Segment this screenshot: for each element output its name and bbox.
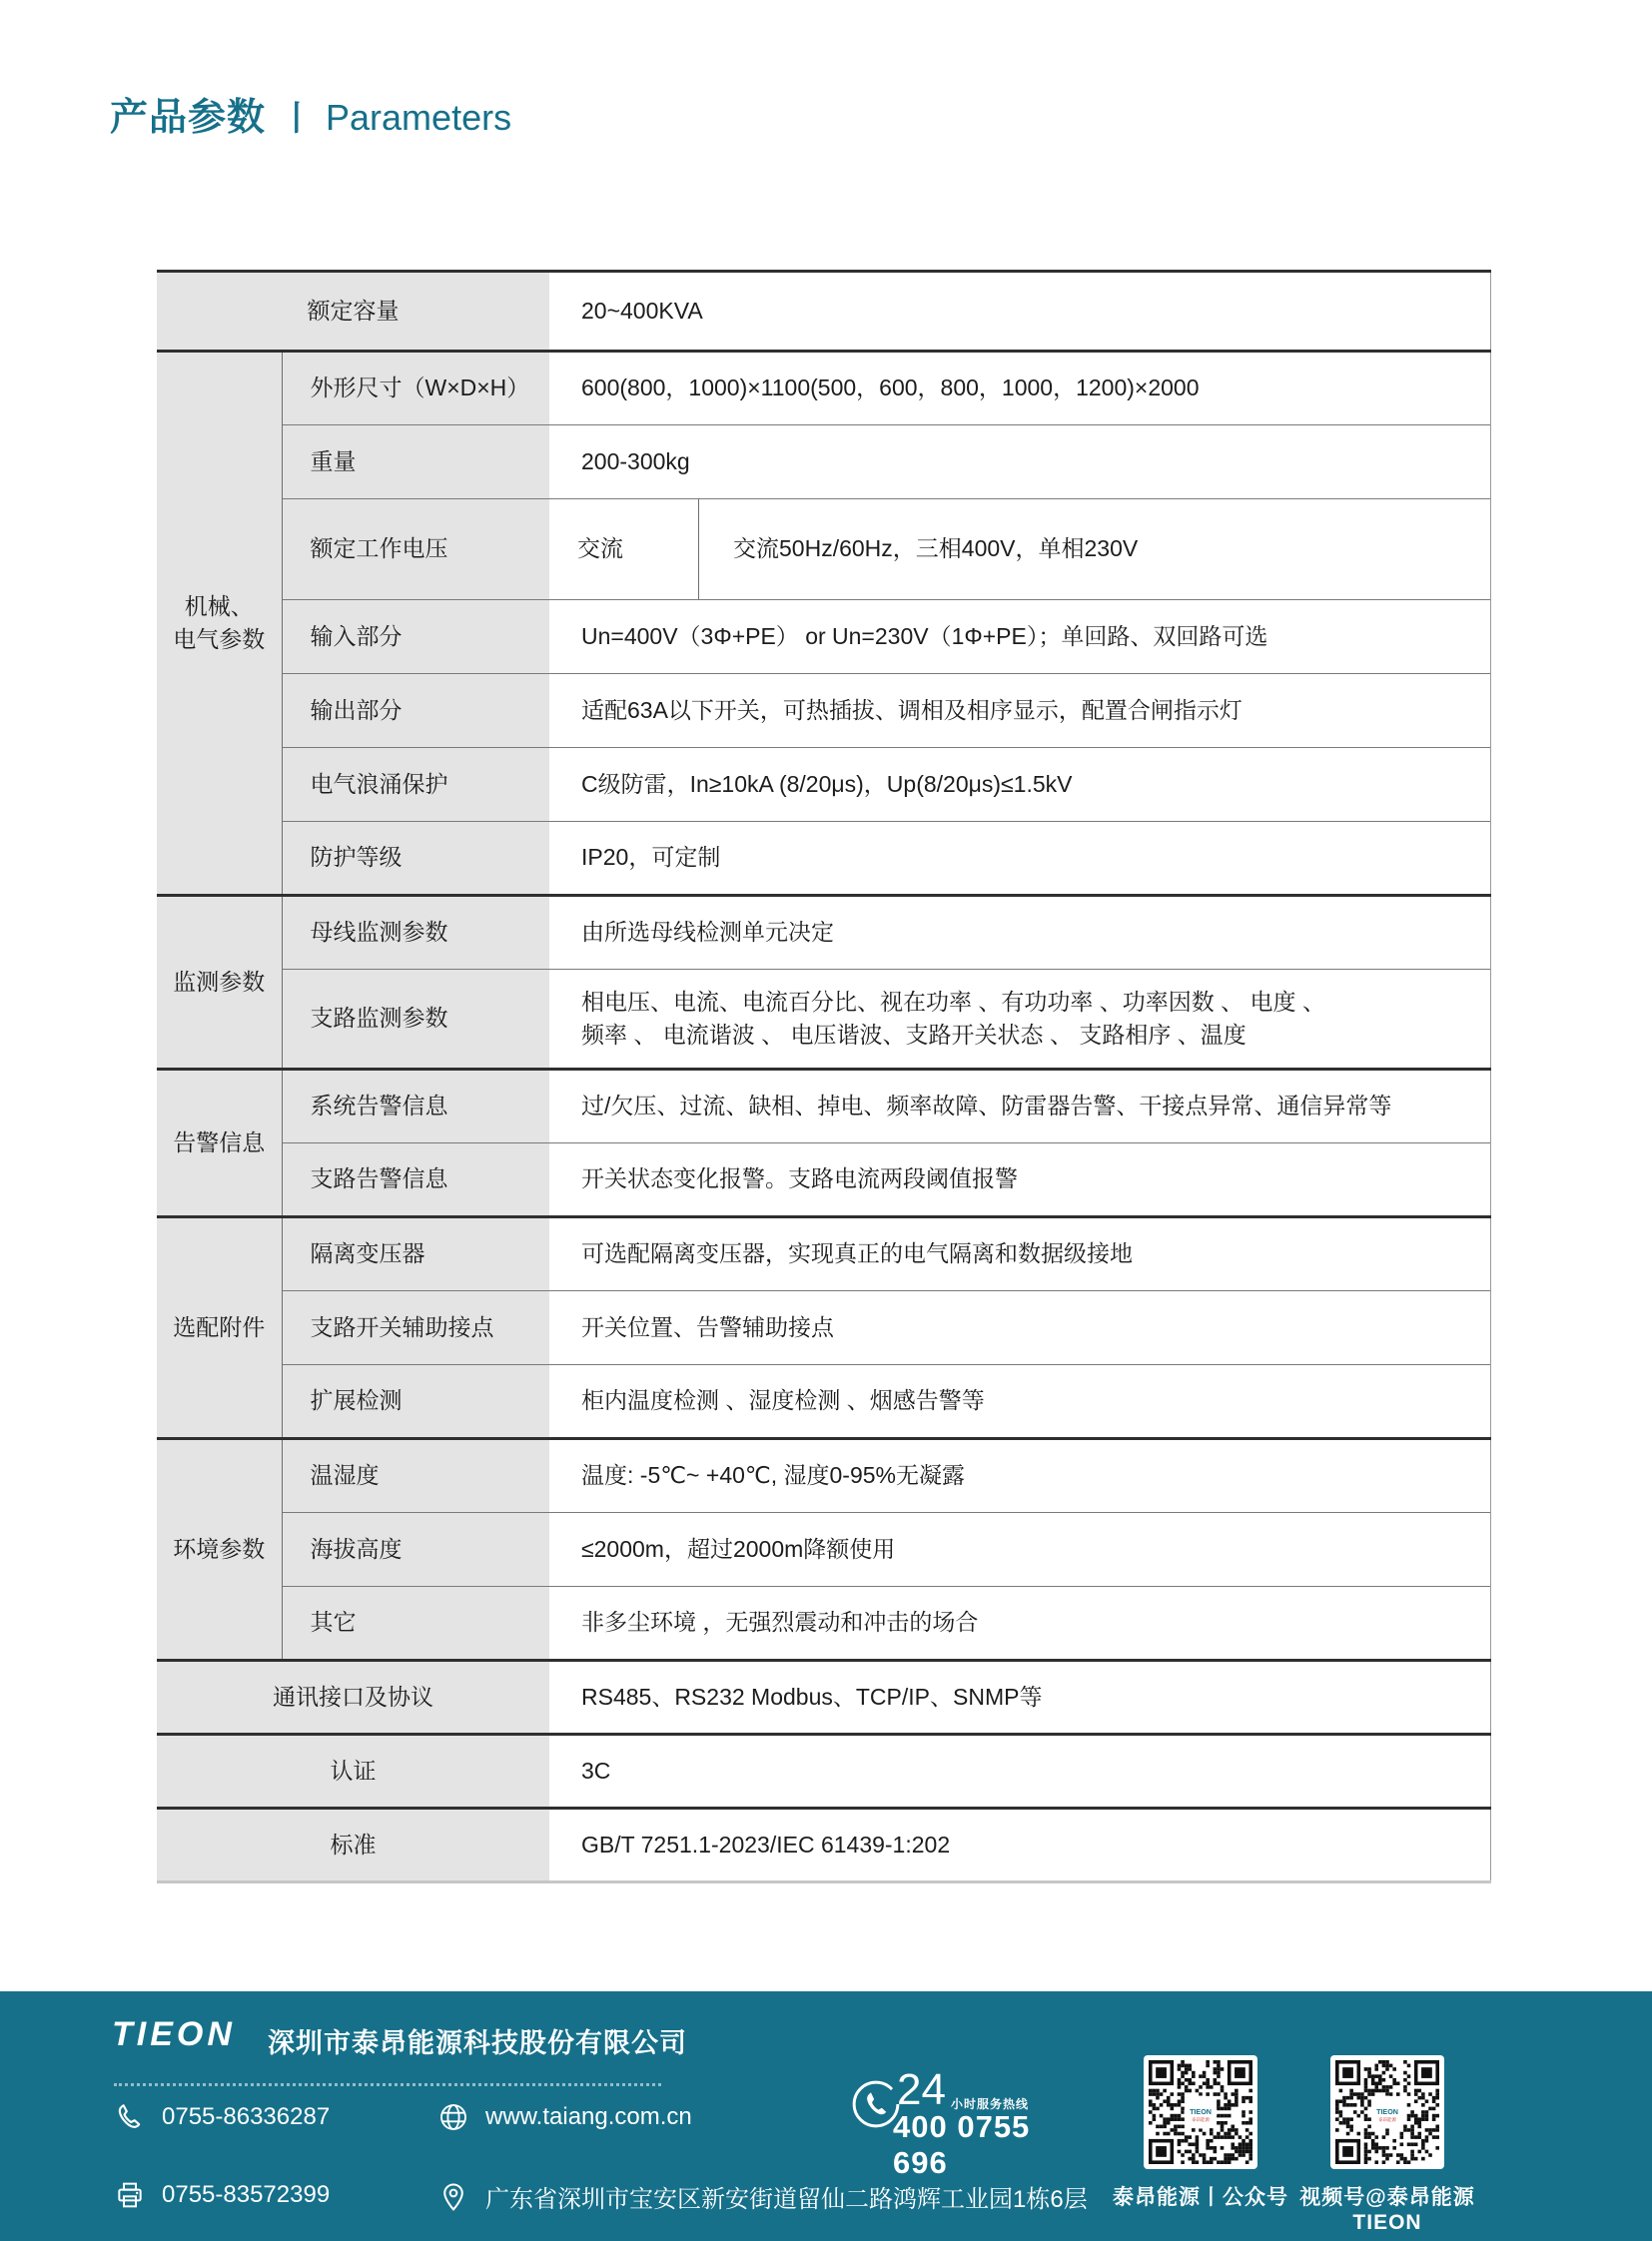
table-row: 额定容量 20~400KVA [157,272,1490,352]
value-cell: 20~400KVA [549,272,1490,352]
param-cell: 外形尺寸（W×D×H） [282,352,549,425]
param-cell: 防护等级 [282,822,549,896]
value-cell: 交流 交流50Hz/60Hz，三相400V，单相230V [549,499,1490,600]
hotline-number: 400 0755 696 [893,2109,1081,2181]
table-row: 环境参数 温湿度 温度: -5℃~ +40℃, 湿度0-95%无凝露 [157,1439,1490,1513]
table-row: 标准 GB/T 7251.1-2023/IEC 61439-1:202 [157,1809,1490,1882]
category-cell: 机械、 电气参数 [157,352,282,896]
globe-icon [437,2101,469,2133]
category-cell: 环境参数 [157,1439,282,1661]
sub-cell-value: 交流50Hz/60Hz，三相400V，单相230V [699,499,1490,599]
param-cell: 隔离变压器 [282,1217,549,1291]
value-cell: IP20，可定制 [549,822,1490,896]
param-cell: 通讯接口及协议 [157,1661,549,1735]
company-name: 深圳市泰昂能源科技股份有限公司 [268,2021,687,2060]
svg-text:TIEON: TIEON [1376,2108,1398,2116]
qr-caption-video: 视频号@泰昂能源TIEON [1266,2181,1508,2235]
fax-icon [114,2179,146,2211]
param-cell: 支路告警信息 [282,1143,549,1217]
qr-code: TIEON泰昂能源 [1149,2060,1252,2164]
table-row: 防护等级 IP20，可定制 [157,822,1490,896]
param-cell: 支路开关辅助接点 [282,1291,549,1365]
page-title: 产品参数 丨 Parameters [110,86,511,141]
category-cell: 选配附件 [157,1217,282,1439]
hotline-24h: 24 小时服务热线 400 0755 696 [851,2071,1081,2157]
address-contact: 广东省深圳市宝安区新安街道留仙二路鸿辉工业园1栋6层 [437,2179,1088,2214]
value-cell: 3C [549,1735,1490,1809]
param-cell: 扩展检测 [282,1365,549,1439]
dotted-divider [114,2083,661,2086]
param-cell: 电气浪涌保护 [282,748,549,822]
value-cell: Un=400V（3Φ+PE） or Un=230V（1Φ+PE）；单回路、双回路… [549,600,1490,674]
value-cell: RS485、RS232 Modbus、TCP/IP、SNMP等 [549,1661,1490,1735]
param-cell: 额定容量 [157,272,549,352]
table-row: 输出部分 适配63A以下开关，可热插拔、调相及相序显示，配置合闸指示灯 [157,674,1490,748]
svg-text:泰昂能源: 泰昂能源 [1378,2116,1396,2123]
value-cell: 柜内温度检测 、湿度检测 、烟感告警等 [549,1365,1490,1439]
category-cell: 告警信息 [157,1070,282,1217]
table-row: 其它 非多尘环境 ，无强烈震动和冲击的场合 [157,1587,1490,1661]
value-cell: 由所选母线检测单元决定 [549,896,1490,970]
param-cell: 温湿度 [282,1439,549,1513]
qr-code-video: TIEON泰昂能源 [1330,2055,1444,2169]
svg-text:TIEON: TIEON [1190,2108,1212,2116]
param-cell: 重量 [282,425,549,499]
qr-code-wechat: TIEON泰昂能源 [1144,2055,1257,2169]
value-cell: 适配63A以下开关，可热插拔、调相及相序显示，配置合闸指示灯 [549,674,1490,748]
param-cell: 输入部分 [282,600,549,674]
table-row: 机械、 电气参数 外形尺寸（W×D×H） 600(800，1000)×1100(… [157,352,1490,425]
address-text: 广东省深圳市宝安区新安街道留仙二路鸿辉工业园1栋6层 [485,2179,1088,2214]
param-cell: 认证 [157,1735,549,1809]
param-cell: 母线监测参数 [282,896,549,970]
param-cell: 其它 [282,1587,549,1661]
table-row: 通讯接口及协议 RS485、RS232 Modbus、TCP/IP、SNMP等 [157,1661,1490,1735]
value-cell: 600(800，1000)×1100(500，600，800，1000，1200… [549,352,1490,425]
value-cell: GB/T 7251.1-2023/IEC 61439-1:202 [549,1809,1490,1882]
table-row: 电气浪涌保护 C级防雷，In≥10kA (8/20μs)，Up(8/20μs)≤… [157,748,1490,822]
value-cell: 相电压、电流、电流百分比、视在功率 、有功功率 、功率因数 、 电度 、 频率 … [549,970,1490,1070]
table-row: 选配附件 隔离变压器 可选配隔离变压器，实现真正的电气隔离和数据级接地 [157,1217,1490,1291]
parameters-table: 额定容量 20~400KVA 机械、 电气参数 外形尺寸（W×D×H） 600(… [157,270,1491,1883]
page-title-zh: 产品参数 [110,86,266,141]
param-cell: 标准 [157,1809,549,1882]
hotline-hours: 24 [897,2065,946,2115]
sub-cell-ac: 交流 [549,499,699,599]
value-cell: 开关状态变化报警。支路电流两段阈值报警 [549,1143,1490,1217]
fax-number: 0755-83572399 [162,2181,330,2209]
table-row: 支路告警信息 开关状态变化报警。支路电流两段阈值报警 [157,1143,1490,1217]
phone-number: 0755-86336287 [162,2103,330,2131]
table-row: 告警信息 系统告警信息 过/欠压、过流、缺相、掉电、频率故障、防雷器告警、干接点… [157,1070,1490,1143]
table-row: 认证 3C [157,1735,1490,1809]
table-row: 监测参数 母线监测参数 由所选母线检测单元决定 [157,896,1490,970]
company-logo: TIEON [112,2015,236,2054]
qr-code: TIEON泰昂能源 [1335,2060,1439,2164]
website-url: www.taiang.com.cn [485,2103,692,2131]
param-cell: 输出部分 [282,674,549,748]
category-cell: 监测参数 [157,896,282,1070]
table-row: 支路开关辅助接点 开关位置、告警辅助接点 [157,1291,1490,1365]
location-pin-icon [437,2181,469,2213]
param-cell: 额定工作电压 [282,499,549,600]
value-cell: 非多尘环境 ，无强烈震动和冲击的场合 [549,1587,1490,1661]
phone-icon [114,2101,146,2133]
page-title-en: Parameters [326,97,511,139]
param-cell: 支路监测参数 [282,970,549,1070]
phone-contact: 0755-86336287 [114,2101,330,2133]
table-row: 扩展检测 柜内温度检测 、湿度检测 、烟感告警等 [157,1365,1490,1439]
value-cell: 过/欠压、过流、缺相、掉电、频率故障、防雷器告警、干接点异常、通信异常等 [549,1070,1490,1143]
value-cell: 温度: -5℃~ +40℃, 湿度0-95%无凝露 [549,1439,1490,1513]
value-cell: ≤2000m，超过2000m降额使用 [549,1513,1490,1587]
table-row: 输入部分 Un=400V（3Φ+PE） or Un=230V（1Φ+PE）；单回… [157,600,1490,674]
fax-contact: 0755-83572399 [114,2179,330,2211]
table-row: 支路监测参数 相电压、电流、电流百分比、视在功率 、有功功率 、功率因数 、 电… [157,970,1490,1070]
value-cell: 可选配隔离变压器，实现真正的电气隔离和数据级接地 [549,1217,1490,1291]
param-cell: 海拔高度 [282,1513,549,1587]
value-cell: C级防雷，In≥10kA (8/20μs)，Up(8/20μs)≤1.5kV [549,748,1490,822]
website-contact: www.taiang.com.cn [437,2101,692,2133]
value-cell: 开关位置、告警辅助接点 [549,1291,1490,1365]
table-row: 海拔高度 ≤2000m，超过2000m降额使用 [157,1513,1490,1587]
title-separator-bar: 丨 [280,91,314,140]
svg-text:泰昂能源: 泰昂能源 [1192,2116,1210,2123]
param-cell: 系统告警信息 [282,1070,549,1143]
table-row: 额定工作电压 交流 交流50Hz/60Hz，三相400V，单相230V [157,499,1490,600]
footer: TIEON 深圳市泰昂能源科技股份有限公司 0755-86336287 www.… [0,1991,1652,2241]
